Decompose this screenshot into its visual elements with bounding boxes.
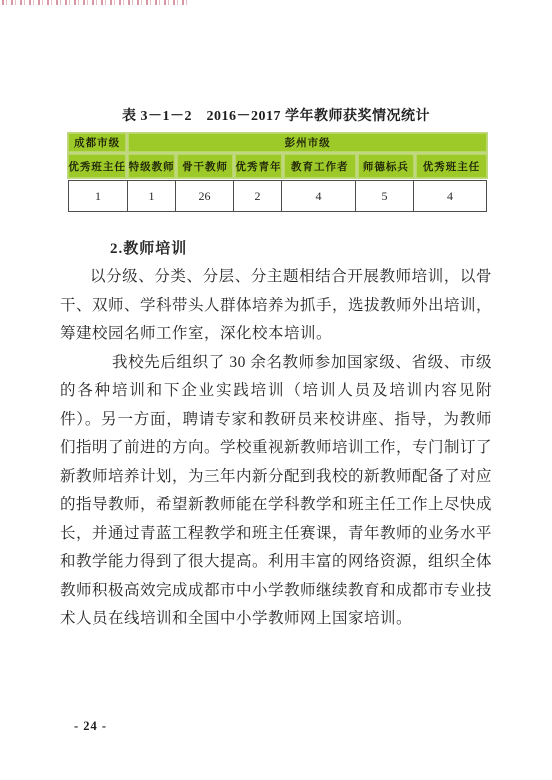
- column-header-cell-4: 优秀青年: [235, 154, 282, 178]
- body-text-block: 2.教师培训 以分级、分类、分层、分主题相结合开展教师培训，以骨干、双师、学科带…: [60, 238, 492, 634]
- column-header-cell-6: 师德标兵: [358, 154, 414, 178]
- table-group-header-row: 成都市级 彭州市级: [68, 133, 487, 152]
- page-number: - 24 -: [74, 719, 107, 734]
- data-cell-1: 1: [68, 180, 128, 212]
- column-header-cell-2: 特级教师: [128, 154, 175, 178]
- paragraph-1: 以分级、分类、分层、分主题相结合开展教师培训，以骨干、双师、学科带头人群体培养为…: [60, 263, 492, 349]
- column-header-cell-5: 教育工作者: [284, 154, 356, 178]
- data-cell-5: 4: [282, 180, 356, 212]
- data-cell-3: 26: [176, 180, 234, 212]
- awards-table: 成都市级 彭州市级 优秀班主任 特级教师 骨干教师 优秀青年 教育工作者 师德标…: [68, 133, 487, 212]
- group-header-cell-chengdu: 成都市级: [68, 133, 126, 152]
- data-cell-4: 2: [234, 180, 282, 212]
- table-column-header-row: 优秀班主任 特级教师 骨干教师 优秀青年 教育工作者 师德标兵 优秀班主任: [68, 154, 487, 178]
- cutoff-header-fragment: [2, 0, 188, 5]
- data-cell-6: 5: [356, 180, 414, 212]
- document-page: 表 3－1－2 2016－2017 学年教师获奖情况统计 成都市级 彭州市级 优…: [0, 0, 552, 780]
- column-header-cell-7: 优秀班主任: [416, 154, 487, 178]
- data-cell-2: 1: [128, 180, 176, 212]
- table-title: 表 3－1－2 2016－2017 学年教师获奖情况统计: [0, 105, 552, 125]
- paragraph-2: 我校先后组织了 30 余名教师参加国家级、省级、市级的各种培训和下企业实践培训（…: [60, 349, 492, 634]
- section-heading: 2.教师培训: [110, 238, 492, 260]
- group-header-cell-pengzhou: 彭州市级: [128, 133, 487, 152]
- column-header-cell-1: 优秀班主任: [68, 154, 126, 178]
- column-header-cell-3: 骨干教师: [177, 154, 233, 178]
- data-cell-7: 4: [414, 180, 487, 212]
- table-data-row: 1 1 26 2 4 5 4: [68, 180, 487, 212]
